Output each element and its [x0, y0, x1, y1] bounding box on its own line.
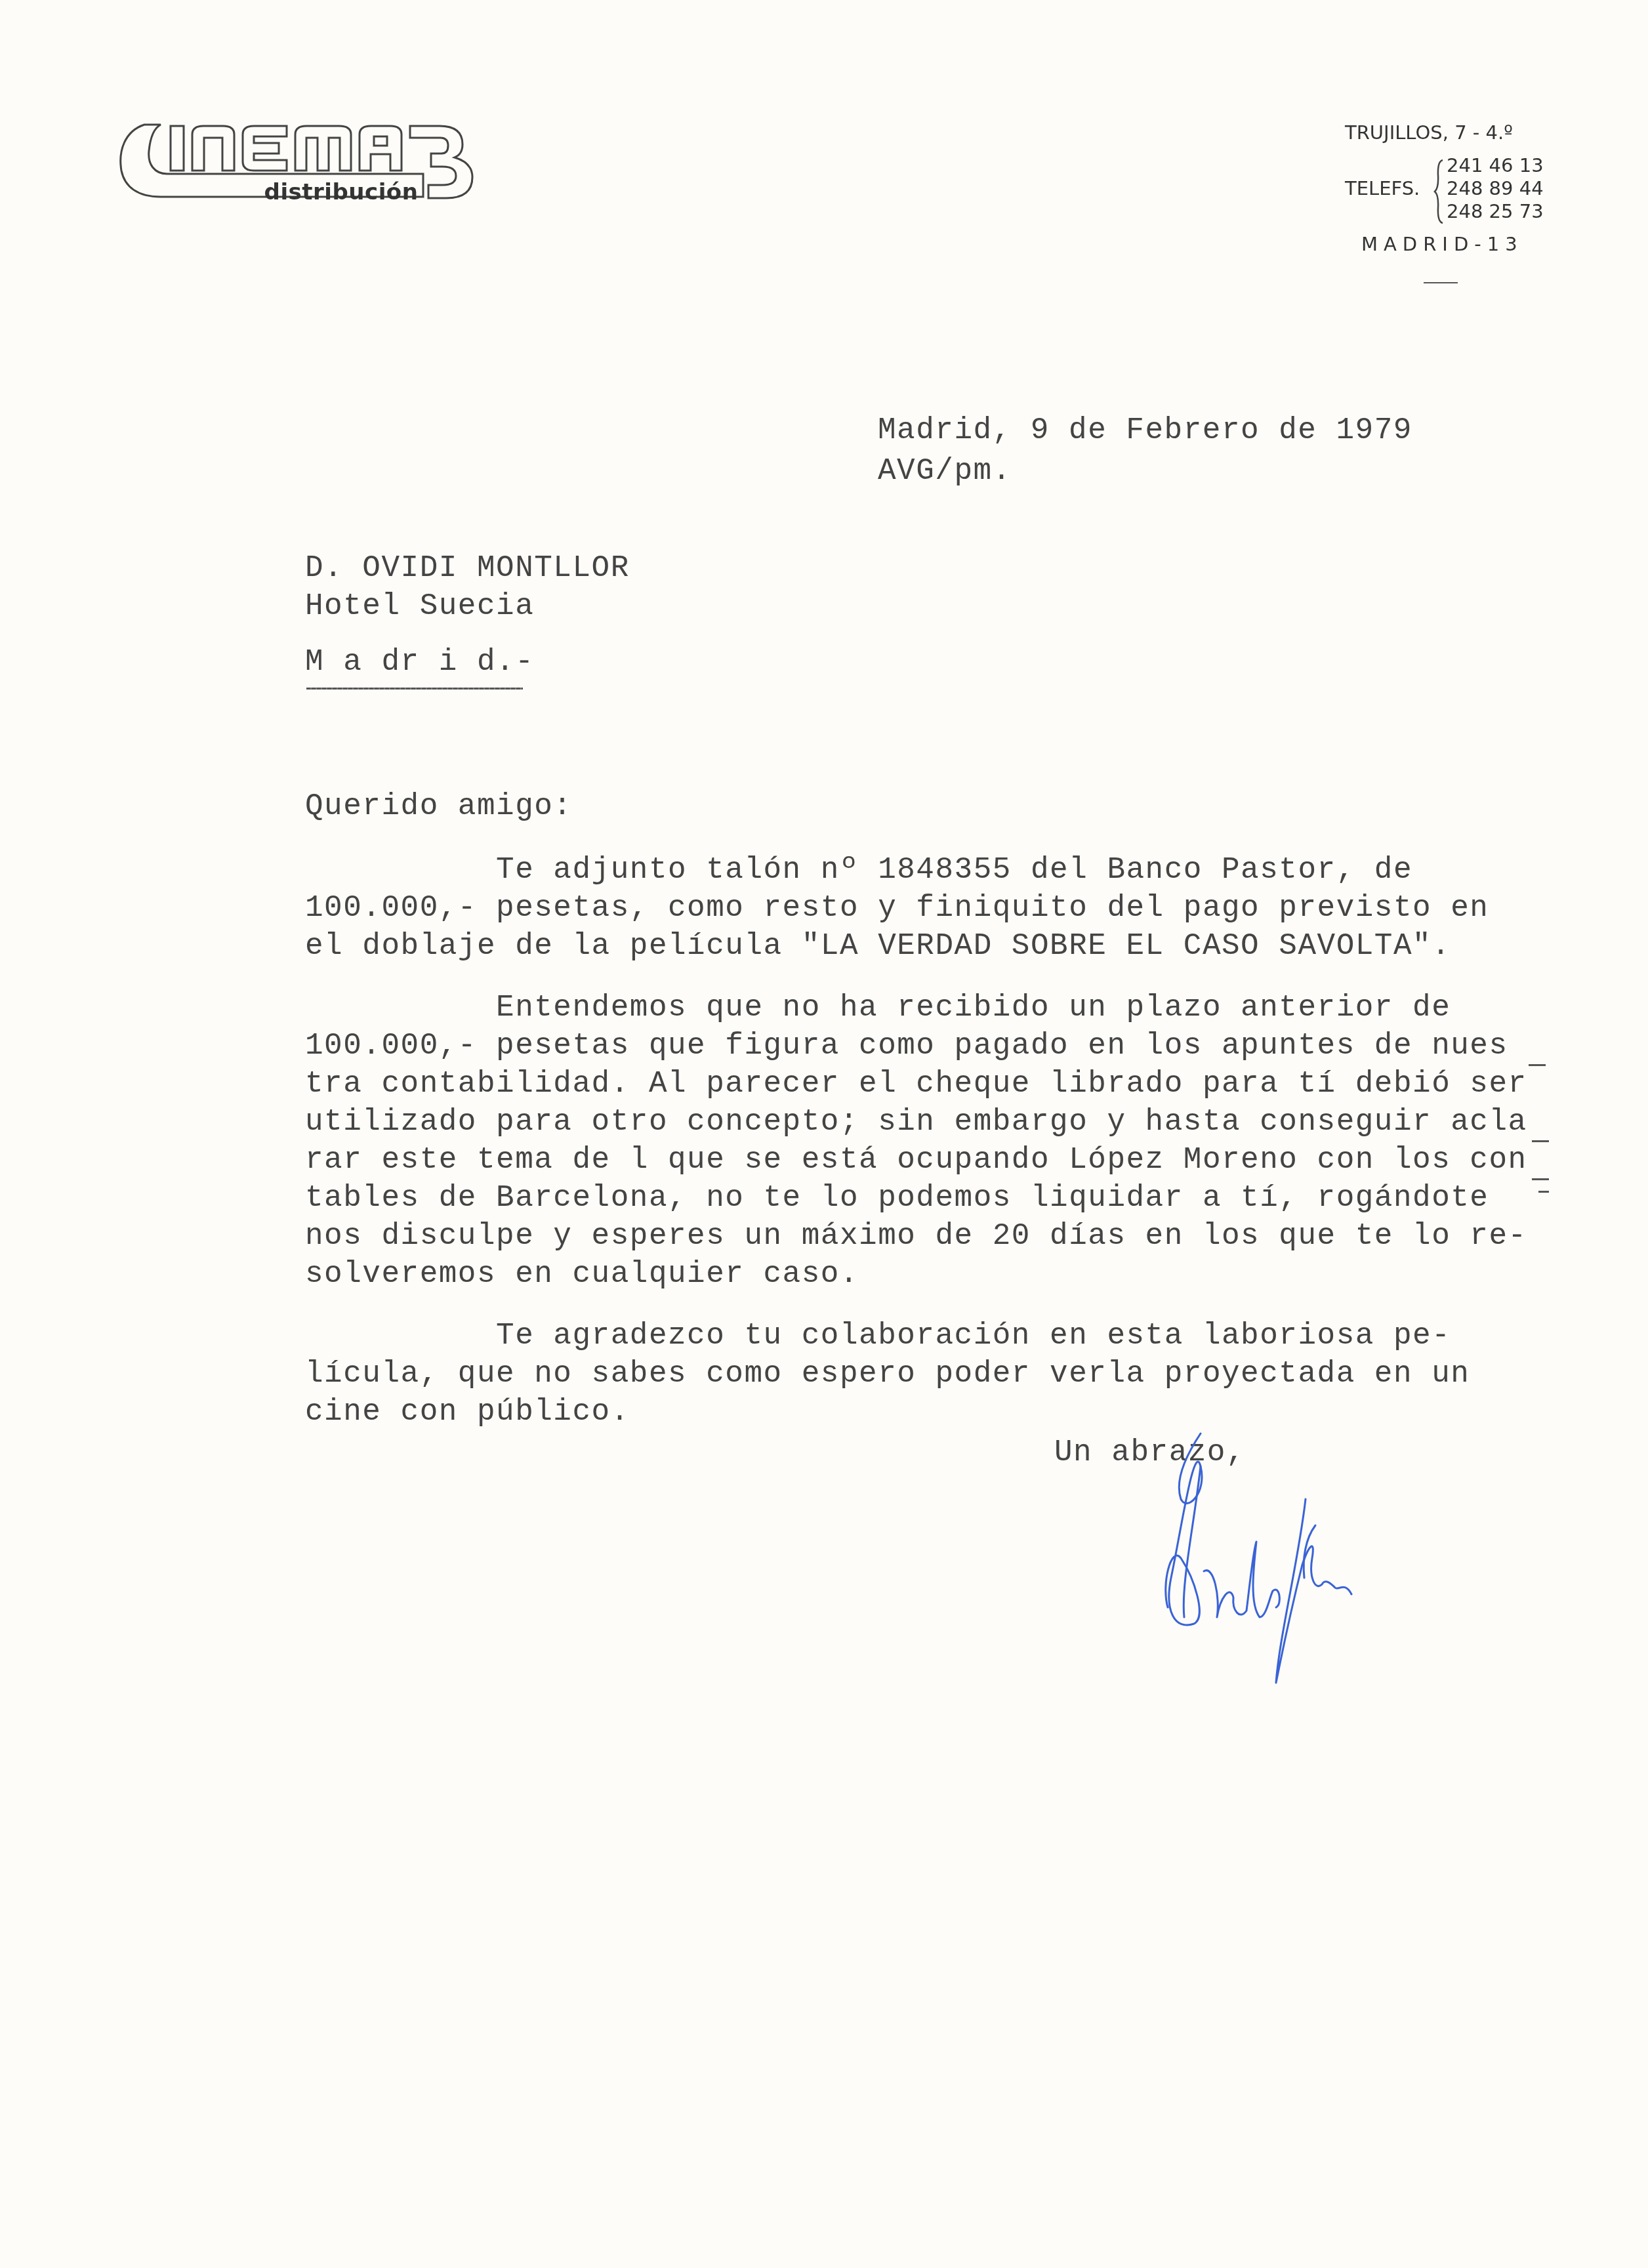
body-line: Te agradezco tu colaboración en esta lab… — [305, 1319, 1451, 1353]
recipient-city-underline — [306, 688, 523, 690]
body-line: Te adjunto talón nº 1848355 del Banco Pa… — [305, 853, 1412, 887]
body-line: cine con público. — [305, 1395, 630, 1429]
reference-code: AVG/pm. — [878, 454, 1012, 488]
body-line: utilizado para otro concepto; sin embarg… — [305, 1105, 1527, 1139]
salutation: Querido amigo: — [305, 789, 572, 823]
hyphen-mark — [1538, 1191, 1549, 1193]
body-line: 100.000,- pesetas, como resto y finiquit… — [305, 891, 1489, 925]
phone-number: 241 46 13 — [1447, 154, 1544, 177]
recipient-name: D. OVIDI MONTLLOR — [305, 551, 630, 585]
body-line: rar este tema de l que se está ocupando … — [305, 1143, 1527, 1177]
place-date: Madrid, 9 de Febrero de 1979 — [878, 413, 1412, 447]
logo-subtitle: distribución — [246, 179, 436, 205]
body-line: lícula, que no sabes como espero poder v… — [305, 1357, 1470, 1391]
phone-list: 241 46 13 248 89 44 248 25 73 — [1447, 154, 1544, 223]
phone-number: 248 89 44 — [1447, 177, 1544, 200]
signature-icon — [1135, 1427, 1476, 1702]
brace-icon — [1433, 159, 1445, 224]
body-line: tra contabilidad. Al parecer el cheque l… — [305, 1067, 1527, 1101]
hyphen-mark — [1529, 1064, 1546, 1066]
body-line: el doblaje de la película "LA VERDAD SOB… — [305, 929, 1451, 963]
address-street: TRUJILLOS, 7 - 4.º — [1345, 121, 1513, 144]
body-line: 100.000,- pesetas que figura como pagado… — [305, 1029, 1508, 1063]
handwritten-signature — [1135, 1427, 1476, 1702]
recipient-hotel: Hotel Suecia — [305, 589, 534, 623]
recipient-city: M a dr i d.- — [305, 645, 534, 679]
body-line: nos disculpe y esperes un máximo de 20 d… — [305, 1219, 1527, 1253]
hyphen-mark — [1532, 1178, 1549, 1180]
phone-number: 248 25 73 — [1447, 200, 1544, 223]
body-line: Entendemos que no ha recibido un plazo a… — [305, 991, 1451, 1025]
body-line: solveremos en cualquier caso. — [305, 1257, 859, 1291]
address-divider — [1424, 282, 1458, 283]
telephone-label: TELEFS. — [1345, 177, 1420, 199]
hyphen-mark — [1532, 1140, 1549, 1142]
body-line: tables de Barcelona, no te lo podemos li… — [305, 1181, 1489, 1215]
company-logo: distribución — [115, 112, 479, 203]
address-city: MADRID-13 — [1361, 233, 1523, 255]
